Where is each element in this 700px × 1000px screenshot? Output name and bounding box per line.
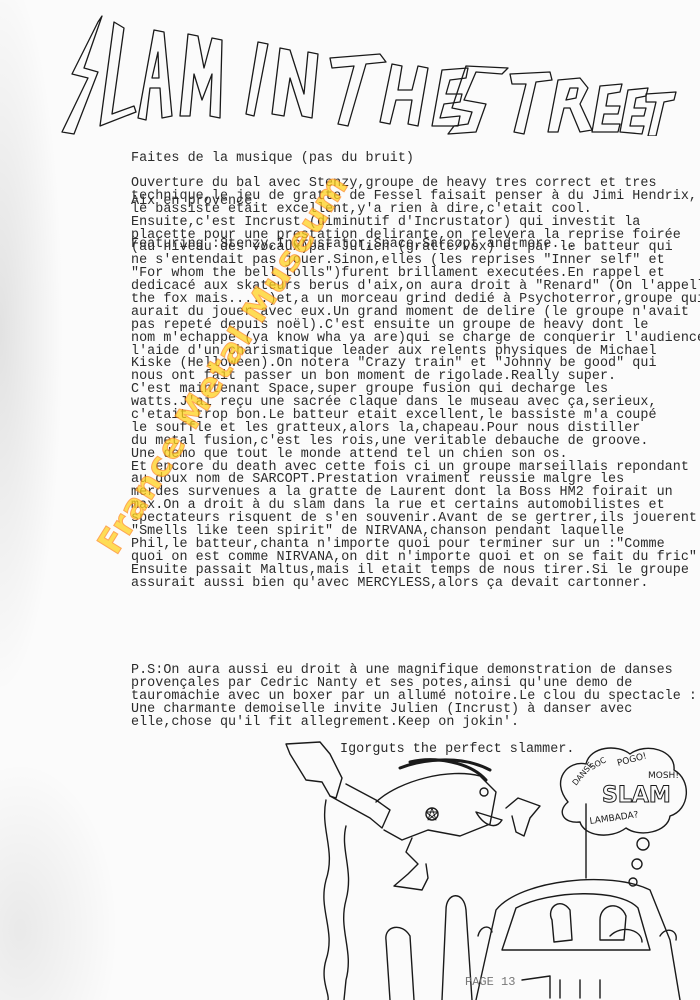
bubble-word: LAMBADA? (589, 810, 639, 827)
figure-leg (286, 742, 342, 798)
ps-line: elle,chose qu'il fit allegrement.Keep on… (131, 717, 697, 730)
article-body: Ouverture du bal avec Stenzy,groupe de h… (131, 178, 700, 591)
article-line: assurait aussi bien qu'avec MERCYLESS,al… (131, 578, 700, 591)
title-lettering (40, 8, 680, 136)
slam-illustration: SLAM DANSE POGO! MOSH! SOC LAMBADA? (250, 740, 700, 1000)
bubble-word: SOC (589, 755, 609, 771)
bubble-word: POGO! (616, 751, 648, 768)
zine-page: Faites de la musique (pas du bruit) Aix … (0, 0, 700, 1000)
page-number: PAGE 13 (465, 975, 515, 989)
intro-line: Faites de la musique (pas du bruit) (131, 153, 576, 166)
bubble-word: SLAM (602, 783, 671, 808)
bubble-word: MOSH! (648, 771, 679, 781)
ps-block: P.S:On aura aussi eu droit à une magnifi… (131, 665, 697, 729)
